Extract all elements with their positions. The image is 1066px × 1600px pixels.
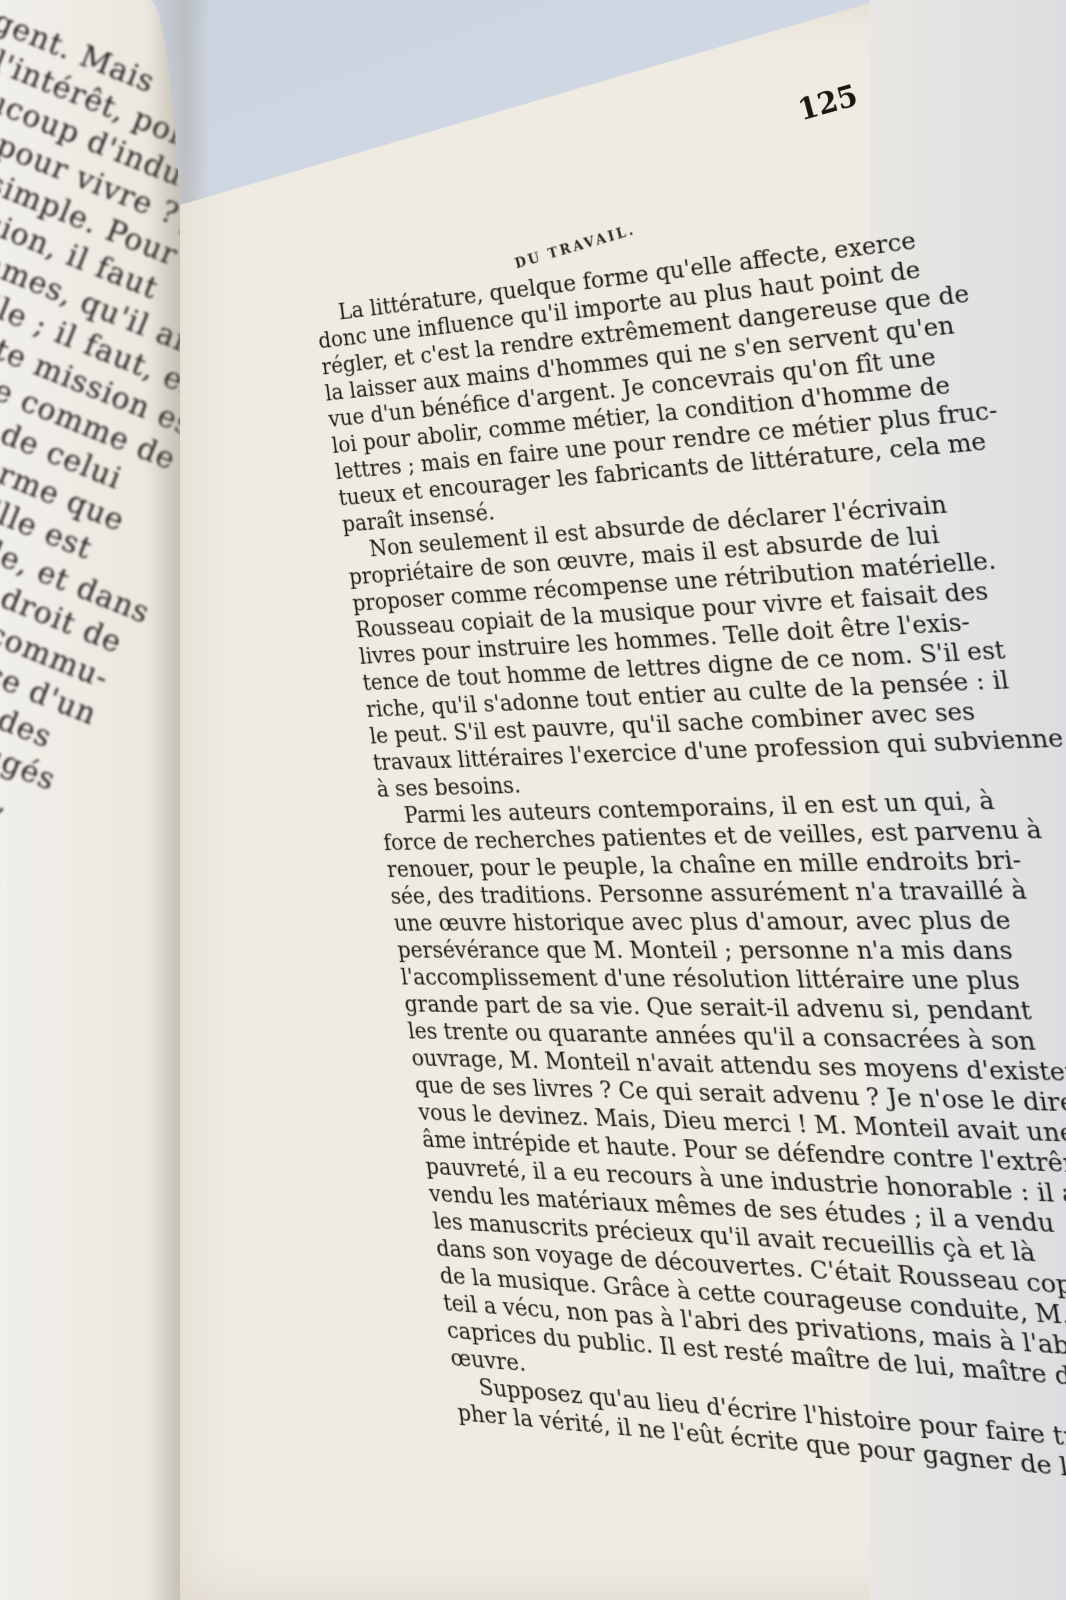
text-line: sée, des traditions. Personne assurément… — [389, 875, 985, 909]
paragraph: Parmi les auteurs contemporains, il en e… — [378, 786, 1059, 1421]
text-line: une œuvre historique avec plus d'amour, … — [392, 905, 989, 936]
text-line: persévérance que M. Monteil ; personne n… — [396, 935, 994, 965]
paragraph: Non seulement il est absurde de déclarer… — [344, 491, 967, 803]
